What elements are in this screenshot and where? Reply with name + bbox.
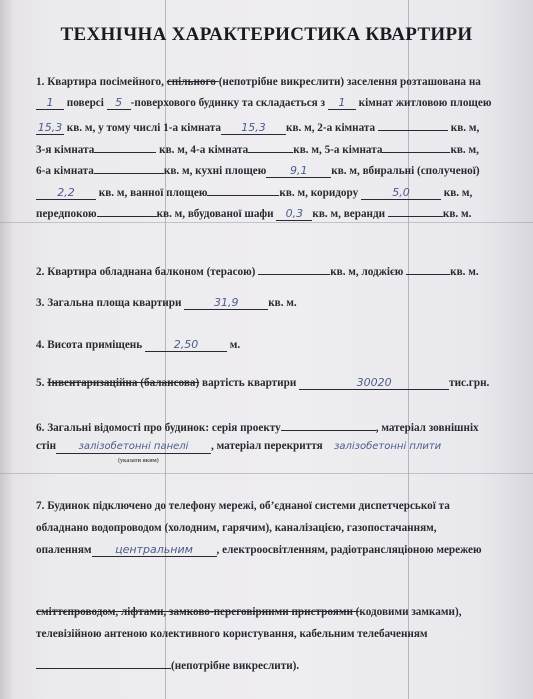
room2-field[interactable] <box>378 118 448 131</box>
rooms-field[interactable]: 1 <box>328 97 356 110</box>
section-6-line-2: стінзалізобетонні панелі, матеріал перек… <box>36 440 453 454</box>
room4-field[interactable] <box>248 140 293 153</box>
balcony-field[interactable] <box>258 262 330 275</box>
value-field[interactable]: 30020 <box>299 377 449 390</box>
room1-field[interactable]: 15,3 <box>221 122 286 135</box>
height-field[interactable]: 2,50 <box>145 339 227 352</box>
ceiling-material-field[interactable]: залізобетонні плити <box>323 441 453 453</box>
wall-material-field[interactable]: залізобетонні панелі <box>56 441 211 454</box>
section-4: 4. Висота приміщень 2,50 м. <box>36 339 240 352</box>
fold-line <box>0 222 533 223</box>
floors-total-field[interactable]: 5 <box>107 97 131 110</box>
section-1-line-4: 3-я кімната кв. м, 4-а кімнатакв. м, 5-а… <box>36 140 479 156</box>
veranda-field[interactable] <box>388 204 443 217</box>
hallway-field[interactable] <box>97 204 157 217</box>
section-7-line-2: обладнано водопроводом (холодним, гарячи… <box>36 522 437 534</box>
section-7-line-5: телевізійною антеною колективного корист… <box>36 628 428 640</box>
room5-field[interactable] <box>382 140 450 153</box>
section-6-line-1: 6. Загальні відомості про будинок: серія… <box>36 418 479 434</box>
bathroom-field[interactable] <box>207 183 279 196</box>
section-1-line-3: 15,3 кв. м, у тому числі 1-а кімната15,3… <box>36 118 479 135</box>
kitchen-field[interactable]: 9,1 <box>266 165 331 178</box>
section-1-line-1: 1. Квартира посімейного, спільного (непо… <box>36 76 481 88</box>
document-page: ТЕХНІЧНА ХАРАКТЕРИСТИКА КВАРТИРИ 1. Квар… <box>0 0 533 699</box>
total-area-field[interactable]: 31,9 <box>184 297 268 310</box>
section-1-line-6: 2,2 кв. м, ванної площеюкв. м, коридору … <box>36 183 472 200</box>
section-7-line-4: сміттєпроводом, ліфтами, замково-перегов… <box>36 606 462 618</box>
section-5: 5. Інвентаризаційна (балансова) вартість… <box>36 377 489 390</box>
field-hint: (указати яким) <box>118 458 159 464</box>
cable-tv-field[interactable] <box>36 656 171 669</box>
loggia-field[interactable] <box>406 262 450 275</box>
corridor-field[interactable]: 5,0 <box>361 187 441 200</box>
section-7-line-6: (непотрібне викреслити). <box>36 656 299 672</box>
room3-field[interactable] <box>94 140 156 153</box>
floor-field[interactable]: 1 <box>36 97 64 110</box>
section-1-line-7: передпокоюкв. м, вбудованої шафи 0,3кв. … <box>36 204 471 221</box>
section-3: 3. Загальна площа квартири 31,9кв. м. <box>36 297 297 310</box>
fold-line <box>0 473 533 474</box>
section-7-line-1: 7. Будинок підключено до телефону мережі… <box>36 500 450 512</box>
room6-field[interactable] <box>94 161 164 174</box>
document-title: ТЕХНІЧНА ХАРАКТЕРИСТИКА КВАРТИРИ <box>0 24 533 46</box>
toilet-field[interactable]: 2,2 <box>36 187 96 200</box>
section-2: 2. Квартира обладнана балконом (терасою)… <box>36 262 479 278</box>
closet-field[interactable]: 0,3 <box>276 208 312 221</box>
section-7-line-3: опаленнямцентральним, електроосвітленням… <box>36 544 482 557</box>
project-series-field[interactable] <box>281 418 376 431</box>
living-area-field[interactable]: 15,3 <box>36 122 64 135</box>
section-1-line-2: 1 поверсі 5-поверхового будинку та склад… <box>36 97 491 110</box>
heating-field[interactable]: центральним <box>92 544 217 557</box>
section-1-line-5: 6-а кімнатакв. м, кухні площею9,1кв. м, … <box>36 161 480 178</box>
